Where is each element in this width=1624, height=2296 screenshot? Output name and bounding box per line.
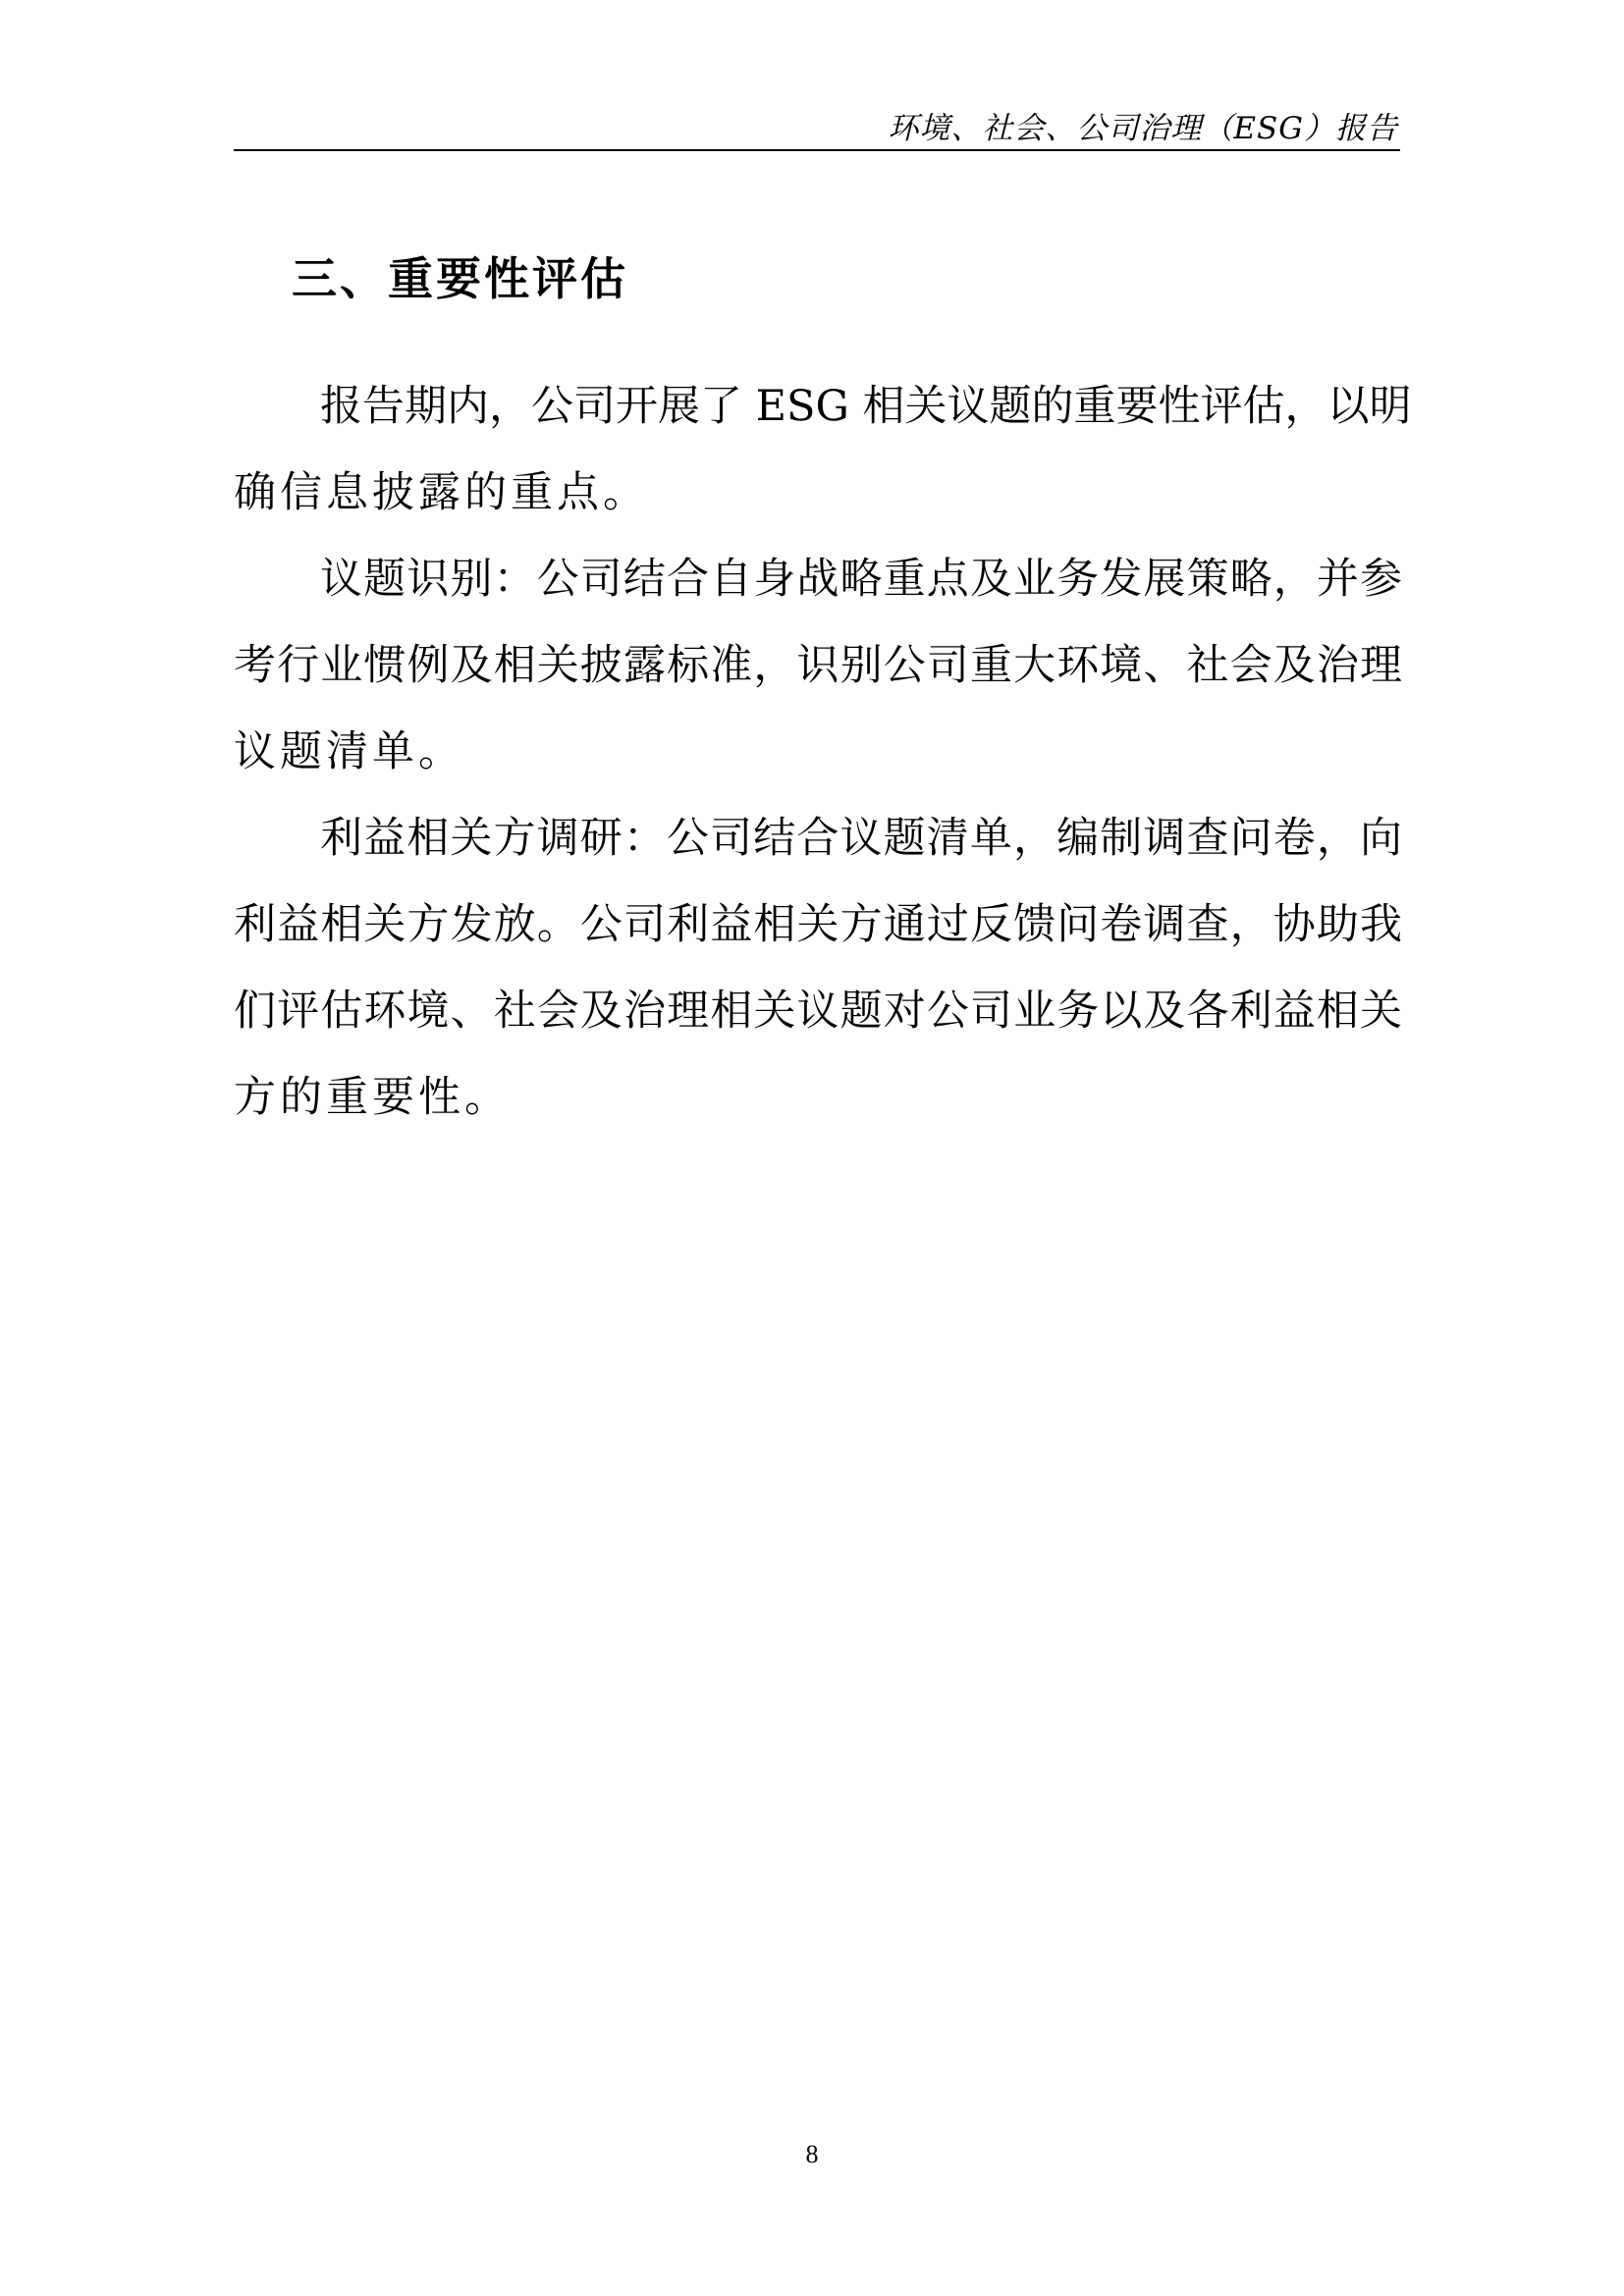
section-title: 三、重要性评估 xyxy=(292,243,628,308)
paragraph-stakeholder-survey: 利益相关方调研：公司结合议题清单，编制调查问卷，向 利益相关方发放。公司利益相关… xyxy=(234,795,1402,1141)
body-text: 报告期内，公司开展了 ESG 相关议题的重要性评估，以明 确信息披露的重点。 议… xyxy=(234,363,1402,1141)
text-line: 利益相关方调研：公司结合议题清单，编制调查问卷，向 xyxy=(234,795,1402,881)
text-line: 报告期内，公司开展了 ESG 相关议题的重要性评估，以明 xyxy=(234,363,1402,450)
text-line: 利益相关方发放。公司利益相关方通过反馈问卷调查，协助我 xyxy=(234,881,1402,968)
paragraph-topic-identification: 议题识别：公司结合自身战略重点及业务发展策略，并参 考行业惯例及相关披露标准，识… xyxy=(234,536,1402,795)
text-line: 议题清单。 xyxy=(234,709,1402,795)
text-line: 们评估环境、社会及治理相关议题对公司业务以及各利益相关 xyxy=(234,968,1402,1054)
text-line: 议题识别：公司结合自身战略重点及业务发展策略，并参 xyxy=(234,536,1402,622)
text-line: 确信息披露的重点。 xyxy=(234,450,1402,536)
text-line: 考行业惯例及相关披露标准，识别公司重大环境、社会及治理 xyxy=(234,622,1402,709)
page-header: 环境、社会、公司治理（ESG）报告 xyxy=(234,106,1400,151)
header-title: 环境、社会、公司治理（ESG）报告 xyxy=(888,103,1398,147)
page-number: 8 xyxy=(0,2140,1624,2169)
paragraph-assessment-intro: 报告期内，公司开展了 ESG 相关议题的重要性评估，以明 确信息披露的重点。 xyxy=(234,363,1402,536)
text-line: 方的重要性。 xyxy=(234,1054,1402,1141)
